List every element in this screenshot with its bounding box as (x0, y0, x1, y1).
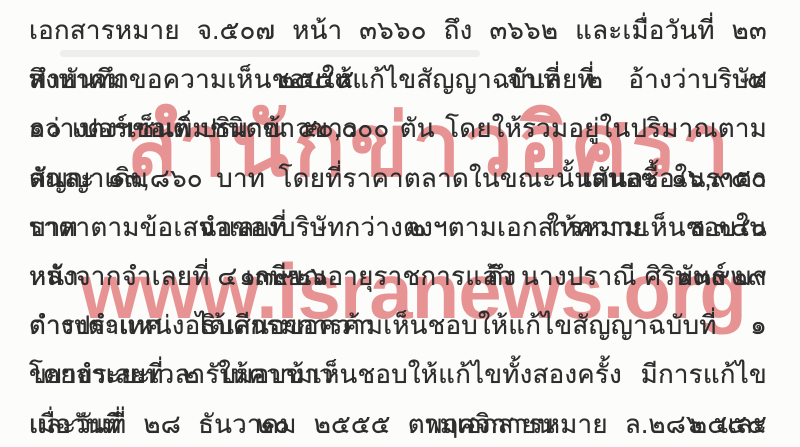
text-line-7: ต่างประเทศ ได้เสนอขอความเห็นชอบให้แก้ไขส… (29, 301, 767, 350)
text-line-4: ตันละ ๑๓,๘๖๐ บาท โดยที่ราคาตลาดในขณะนั้น… (29, 154, 767, 203)
text-line-8: โดยจำเลยที่ ๒ ให้ความเห็นชอบให้แก้ไขทั้ง… (29, 350, 767, 399)
text-line-2: ทำบันทึกขอความเห็นชอบให้แก้ไขสัญญาฉบับที… (29, 55, 767, 104)
text-line-3: ๑๐ เปอร์เซ็นต์ ปริมาณ ๕๐,๐๐๐ ตัน โดยให้ร… (29, 104, 767, 153)
text-line-6: หลังจากจำเลยที่ ๔ เกษียณอายุราชการแล้ว น… (29, 252, 767, 301)
text-line-1: เอกสารหมาย จ.๕๐๗ หน้า ๓๖๖๐ ถึง ๓๖๖๒ และเ… (29, 6, 767, 55)
text-line-5: ราคาตามข้อเสนอของบริษัทกว่างตงฯตามเอกสาร… (29, 203, 767, 252)
text-line-9: และวันที่ ๒๘ ธันวาคม ๒๕๕๕ ตามเอกสารหมาย … (29, 400, 767, 447)
document-text-block: เอกสารหมาย จ.๕๐๗ หน้า ๓๖๖๐ ถึง ๓๖๖๒ และเ… (0, 6, 800, 447)
scanned-document-page: สำนักข่าวอิศรา www.isranews.org เอกสารหม… (0, 0, 800, 447)
